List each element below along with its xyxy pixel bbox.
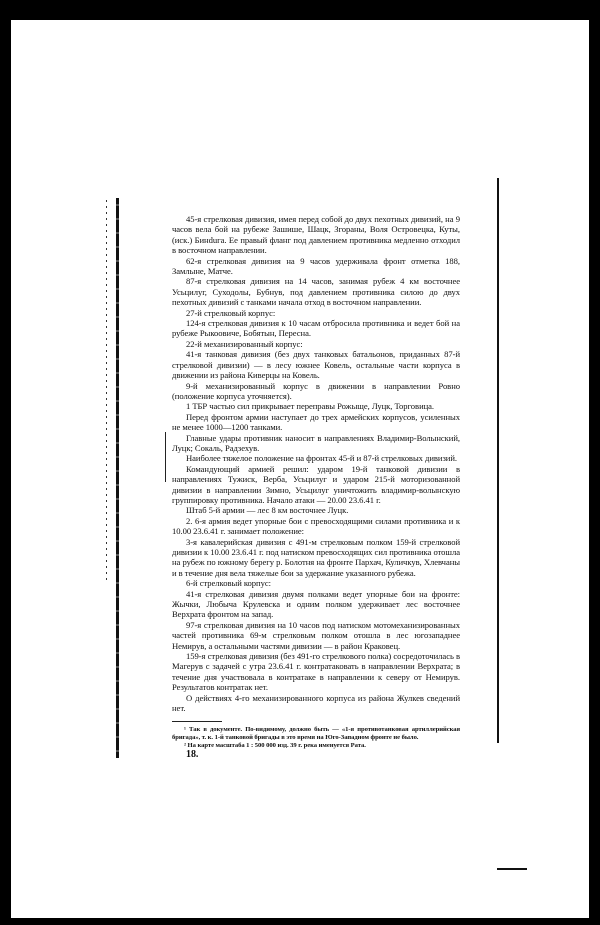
paragraph: О действиях 4-го механизированного корпу… (172, 693, 460, 714)
paragraph: 6-й стрелковый корпус: (172, 578, 460, 588)
paragraph: 41-я танковая дивизия (без двух танковых… (172, 349, 460, 380)
page-number: 18. (172, 750, 460, 760)
paragraph: 41-я стрелковая дивизия двумя полками ве… (172, 589, 460, 620)
document-page: 45-я стрелковая дивизия, имея перед собо… (172, 214, 460, 760)
binding-edge-left-dotted (106, 200, 107, 580)
footnotes: ¹ Так в документе. По-видимому, должно б… (172, 726, 460, 750)
binding-edge-left (116, 198, 119, 758)
paragraph: 45-я стрелковая дивизия, имея перед собо… (172, 214, 460, 256)
paragraph: 2. 6-я армия ведет упорные бои с превосх… (172, 516, 460, 537)
paragraph: 159-я стрелковая дивизия (без 491-го стр… (172, 651, 460, 693)
paragraph: 62-я стрелковая дивизия на 9 часов удерж… (172, 256, 460, 277)
page-edge-right (497, 178, 499, 743)
paragraph: 3-я кавалерийская дивизия с 491-м стрелк… (172, 537, 460, 579)
paragraph: 22-й механизированный корпус: (172, 339, 460, 349)
paragraph: 97-я стрелковая дивизия на 10 часов под … (172, 620, 460, 651)
document-body: 45-я стрелковая дивизия, имея перед собо… (172, 214, 460, 714)
paragraph: 124-я стрелковая дивизия к 10 часам отбр… (172, 318, 460, 339)
footnote-divider (172, 721, 222, 722)
footnote: ¹ Так в документе. По-видимому, должно б… (172, 726, 460, 742)
paragraph: 9-й механизированный корпус в движении в… (172, 381, 460, 402)
paragraph: 27-й стрелковый корпус: (172, 308, 460, 318)
paragraph: 87-я стрелковая дивизия на 14 часов, зан… (172, 276, 460, 307)
paragraph: Перед фронтом армии наступает до трех ар… (172, 412, 460, 433)
paragraph: Штаб 5-й армии — лес 8 км восточнее Луцк… (172, 505, 460, 515)
page-corner-mark (497, 868, 527, 870)
paragraph: 1 ТБР частью сил прикрывает переправы Ро… (172, 401, 460, 411)
paragraph: Наиболее тяжелое положение на фронтах 45… (172, 453, 460, 463)
paragraph: Командующий армией решил: ударом 19-й та… (172, 464, 460, 506)
paragraph: Главные удары противник наносит в направ… (172, 433, 460, 454)
footnote: ² На карте масштаба 1 : 500 000 изд. 39 … (172, 742, 460, 750)
margin-pencil-mark (165, 432, 166, 482)
